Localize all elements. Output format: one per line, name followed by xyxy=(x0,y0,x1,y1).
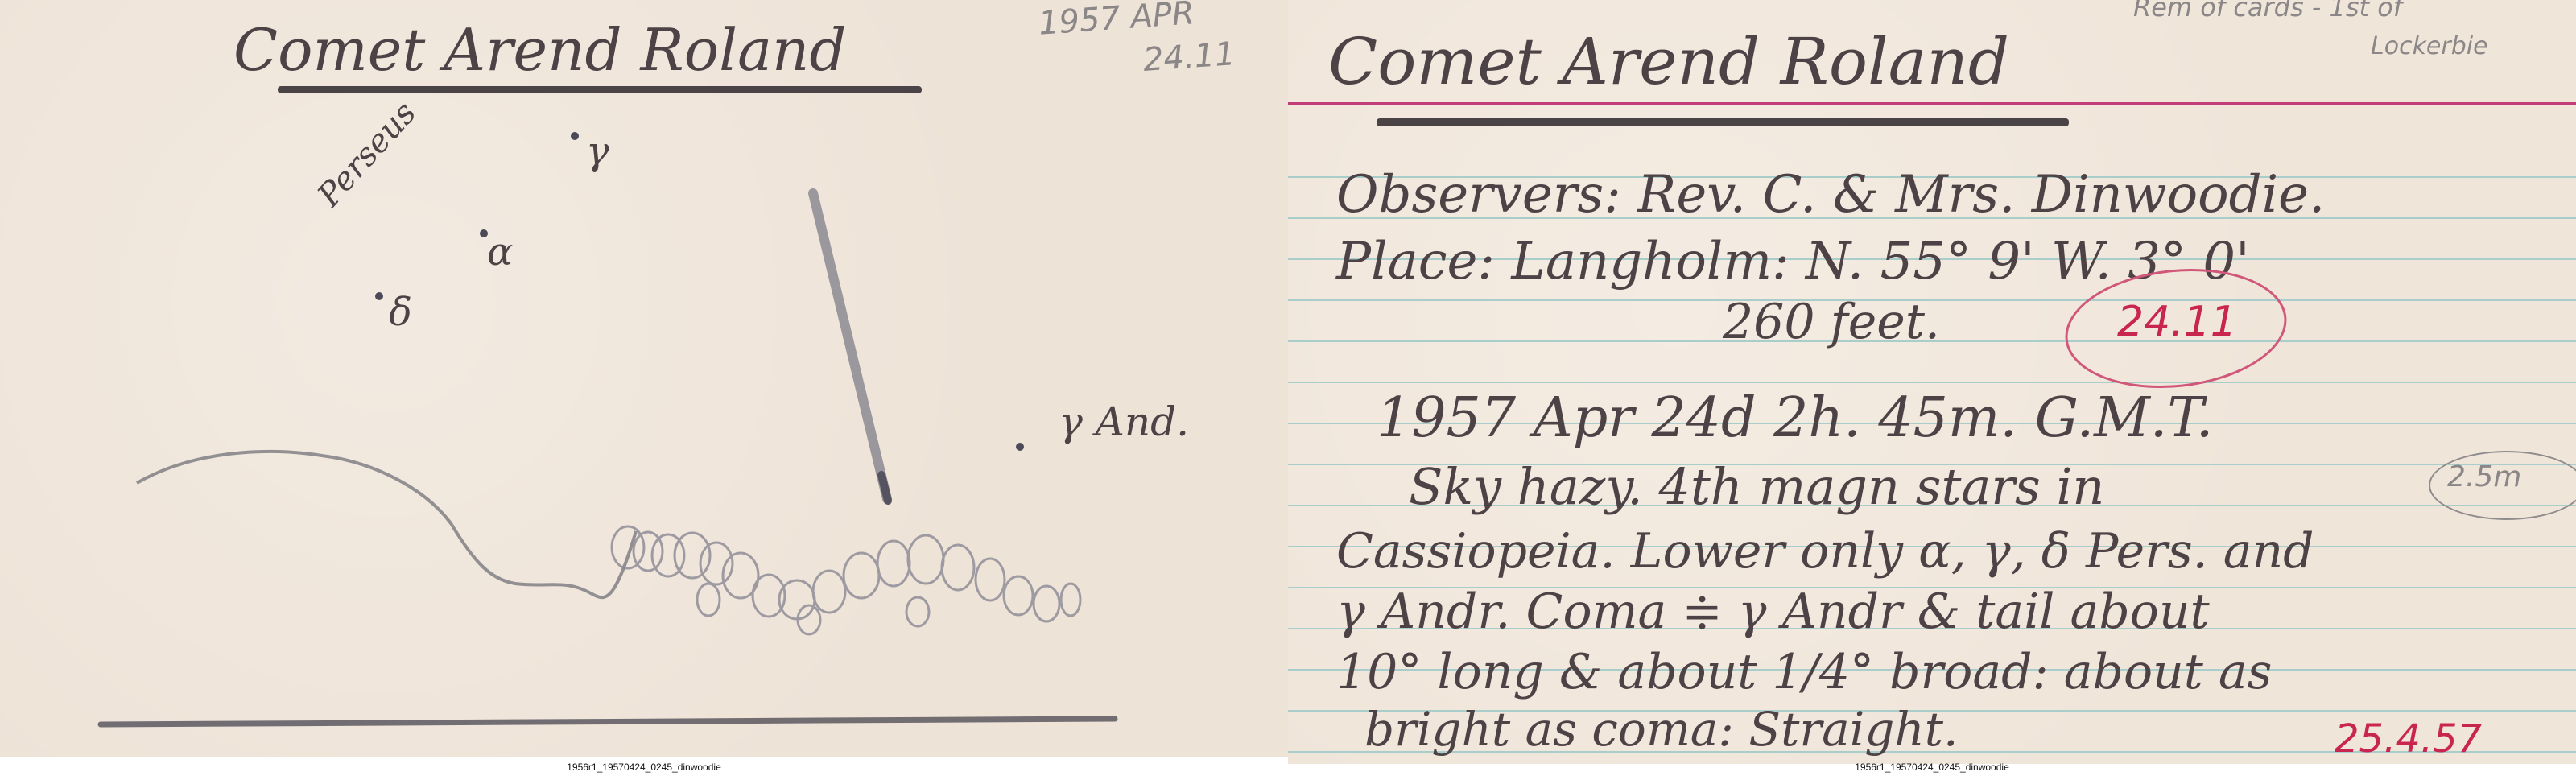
right-card-title: Comet Arend Roland xyxy=(1328,24,2009,99)
red-date-stamp: 25.4.57 xyxy=(2334,716,2482,761)
pencil-circled-note-text: 2.5m xyxy=(2447,460,2521,493)
right-caption: 1956r1_19570424_0245_dinwoodie xyxy=(1288,761,2576,773)
star-label-gamma-persei: γ xyxy=(586,129,609,174)
left-caption: 1956r1_19570424_0245_dinwoodie xyxy=(0,761,1288,773)
star-label-delta-persei: δ xyxy=(389,290,412,335)
comet-tail-streak xyxy=(813,193,887,499)
date-time-line: 1957 Apr 24d 2h. 45m. G.M.T. xyxy=(1377,386,2213,450)
brightness-line: bright as coma: Straight. xyxy=(1364,702,1959,757)
right-card-notes: Comet Arend Roland Rem of cards - 1st of… xyxy=(1288,0,2576,764)
ground-line xyxy=(101,719,1115,724)
observers-line: Observers: Rev. C. & Mrs. Dinwoodie. xyxy=(1336,165,2325,225)
visible-stars-line: Cassiopeia. Lower only α, γ, δ Pers. and xyxy=(1336,523,2314,580)
altitude-line: 260 feet. xyxy=(1723,294,1940,350)
star-dot-gamma-andromedae xyxy=(1016,443,1024,451)
star-label-alpha-persei: α xyxy=(487,229,513,274)
tree-cluster-scribble xyxy=(612,526,1080,634)
red-circled-note-text: 24.11 xyxy=(2117,298,2237,346)
coma-line: γ Andr. Coma ≑ γ Andr & tail about xyxy=(1336,584,2210,640)
horizon-hill-outline xyxy=(137,452,636,597)
star-dot-gamma-persei xyxy=(571,132,579,140)
place-line: Place: Langholm: N. 55° 9' W. 3° 0' xyxy=(1336,232,2250,291)
red-header-rule xyxy=(1288,102,2576,105)
star-label-gamma-andromedae: γ And. xyxy=(1059,398,1189,445)
sky-condition-line: Sky hazy. 4th magn stars in xyxy=(1409,457,2104,516)
star-dot-delta-persei xyxy=(375,292,383,300)
pencil-reference-note-line1: Rem of cards - 1st of xyxy=(2133,0,2402,23)
left-card-sketch: Comet Arend Roland 1957 APR 24.11 xyxy=(0,0,1288,757)
title-underline xyxy=(1377,118,2069,126)
sketch-drawing xyxy=(0,0,1288,757)
tail-size-line: 10° long & about 1/4° broad: about as xyxy=(1336,644,2272,700)
pencil-reference-note-line2: Lockerbie xyxy=(2371,32,2488,60)
blue-rule xyxy=(1288,382,2576,383)
